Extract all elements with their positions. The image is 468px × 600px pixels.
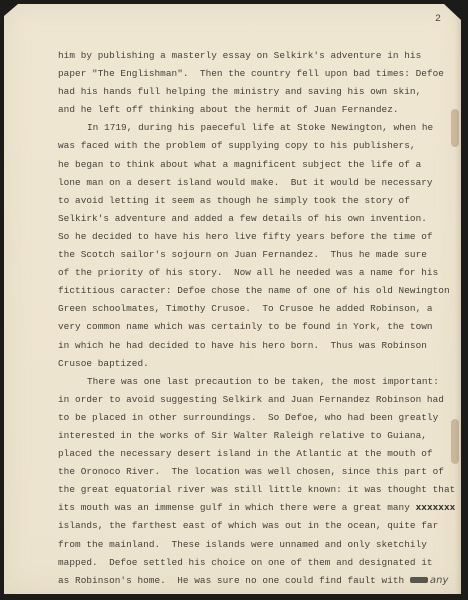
text-line: Selkirk's adventure and added a few deta… <box>58 210 458 228</box>
paragraph-start-line: In 1719, during his paeceful life at Sto… <box>58 119 458 137</box>
text-line: Crusoe baptized. <box>58 355 458 373</box>
text-line: interested in the works of Sir Walter Ra… <box>58 427 458 445</box>
text-segment: its mouth was an immense gulf in which t… <box>58 502 416 513</box>
text-line: to avoid letting it seem as though he si… <box>58 192 458 210</box>
text-line: Green schoolmates, Timothy Crusoe. To Cr… <box>58 300 458 318</box>
text-line: him by publishing a masterly essay on Se… <box>58 47 458 65</box>
text-line: from the mainland. These islands were un… <box>58 536 458 554</box>
text-segment: as Robinson's home. He was sure no one c… <box>58 575 410 586</box>
text-line: placed the necessary desert island in th… <box>58 445 458 463</box>
document-body: him by publishing a masterly essay on Se… <box>58 47 458 590</box>
text-line: to be placed in other surroundings. So D… <box>58 409 458 427</box>
text-line: lone man on a desert island would make. … <box>58 174 458 192</box>
scan-frame: 2 him by publishing a masterly essay on … <box>0 0 468 600</box>
text-line: of the priority of his story. Now all he… <box>58 264 458 282</box>
text-line: in which he had decided to have his hero… <box>58 337 458 355</box>
text-line: had his hands full helping the ministry … <box>58 83 458 101</box>
text-line: he began to think about what a magnifice… <box>58 156 458 174</box>
text-line-with-strikeout: its mouth was an immense gulf in which t… <box>58 499 458 517</box>
text-line: the great equatorial river was still lit… <box>58 481 458 499</box>
text-line: So he decided to have his hero live fift… <box>58 228 458 246</box>
text-line: very common name which was certainly to … <box>58 318 458 336</box>
text-line: fictitious caracter: Defoe chose the nam… <box>58 282 458 300</box>
text-line: the Oronoco River. The location was well… <box>58 463 458 481</box>
handwritten-correction: any <box>430 575 449 586</box>
text-line: paper "The Englishman". Then the country… <box>58 65 458 83</box>
text-line: was faced with the problem of supplying … <box>58 137 458 155</box>
ink-blot-erasure <box>410 577 428 583</box>
paragraph-start-line: There was one last precaution to be take… <box>58 373 458 391</box>
text-line: and he left off thinking about the hermi… <box>58 101 458 119</box>
page-number: 2 <box>435 14 441 25</box>
text-line: mapped. Defoe settled his choice on one … <box>58 554 458 572</box>
text-line-with-correction: as Robinson's home. He was sure no one c… <box>58 572 458 590</box>
text-line: in order to avoid suggesting Selkirk and… <box>58 391 458 409</box>
typewritten-page: 2 him by publishing a masterly essay on … <box>4 4 461 594</box>
text-line: the Scotch sailor's sojourn on Juan Fern… <box>58 246 458 264</box>
text-line: islands, the farthest east of which was … <box>58 517 458 535</box>
struck-out-text: xxxxxxx <box>416 502 456 513</box>
